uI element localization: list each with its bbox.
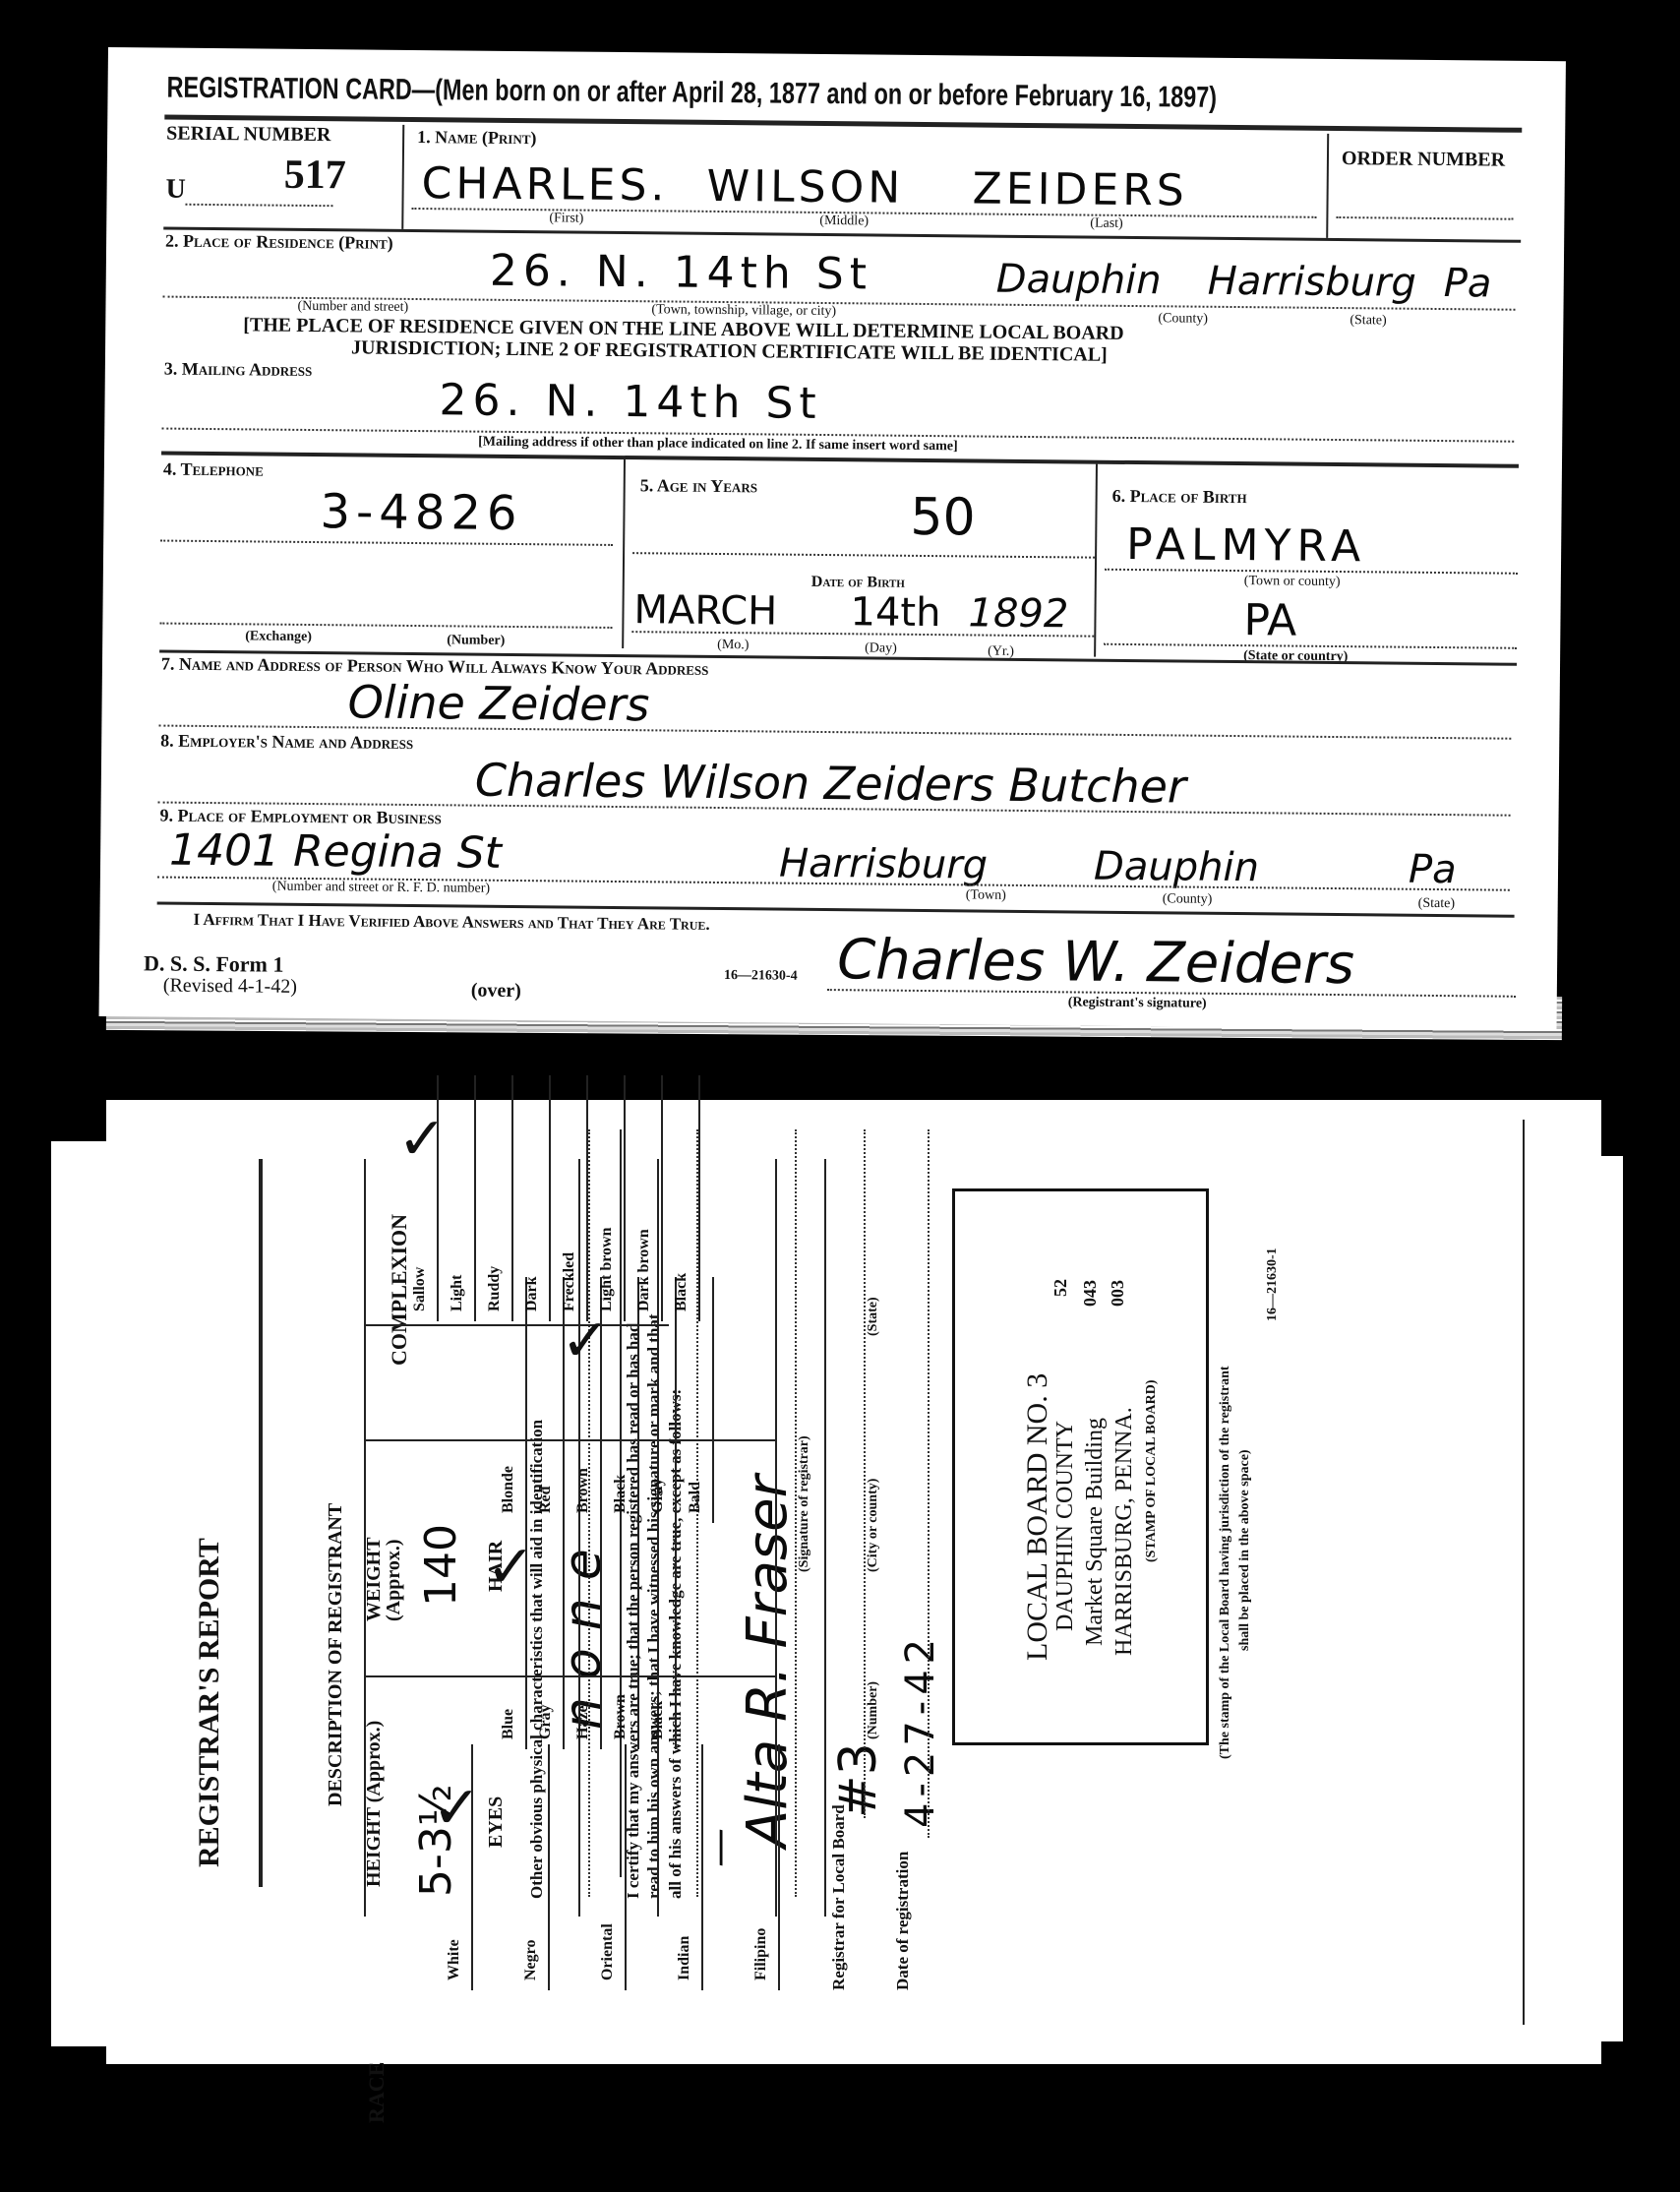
dob-day: 14th <box>850 589 940 636</box>
employment-state: Pa <box>1409 847 1457 892</box>
hair-option-red: Red <box>537 1486 555 1513</box>
name-last: ZEIDERS <box>972 163 1188 215</box>
eyes-option-black: Black <box>649 1701 667 1739</box>
race-option-indian: Indian <box>676 1936 693 1980</box>
telephone-label: 4. Telephone <box>163 459 264 481</box>
name-middle: WILSON <box>706 161 904 213</box>
sublabel-town: (Town, township, village, or city) <box>651 302 836 320</box>
dob-year: 1892 <box>968 590 1068 637</box>
birthplace-state: PA <box>1243 595 1296 646</box>
eyes-option-gray: Gray <box>537 1704 555 1739</box>
sublabel-board-state: (State) <box>866 1297 881 1336</box>
underlying-card-edge <box>51 1141 110 2046</box>
registration-card-front: REGISTRATION CARD—(Men born on or after … <box>99 47 1566 1030</box>
local-board-stamp <box>952 1188 1209 1745</box>
name-first: CHARLES. <box>421 158 668 211</box>
stamp-line-4: HARRISBURG, PENNA. <box>1111 1407 1138 1656</box>
registrant-signature: Charles W. Zeiders <box>837 928 1355 997</box>
hair-option-brown: Brown <box>574 1468 592 1513</box>
eyes-option-brown: Brown <box>612 1694 630 1739</box>
employment-town: Harrisburg <box>779 841 988 888</box>
signature-label: (Registrant's signature) <box>1068 995 1207 1011</box>
complexion-option-light-brown: Light brown <box>598 1227 616 1311</box>
title-rule <box>164 115 1522 133</box>
date-registration-value: 4-27-42 <box>898 1633 943 1828</box>
stamp-code-3: 003 <box>1108 1280 1128 1307</box>
eyes-checkmark-icon: ✓ <box>486 1533 535 1602</box>
order-number-label: ORDER NUMBER <box>1342 148 1505 172</box>
stamp-line-2: DAUPHIN COUNTY <box>1052 1421 1079 1631</box>
stamp-line-3: Market Square Building <box>1082 1418 1109 1646</box>
mailing-label: 3. Mailing Address <box>164 359 313 381</box>
certify-line-2: read to him his own answers; that I have… <box>644 1313 664 1899</box>
sublabel-birth-town: (Town or county) <box>1244 574 1341 590</box>
complexion-option-sallow: Sallow <box>411 1267 429 1311</box>
sublabel-state: (State) <box>1350 313 1386 329</box>
sublabel-number: (Number) <box>447 633 505 649</box>
sublabel-board-number: (Number) <box>866 1681 881 1739</box>
serial-prefix: U <box>165 174 186 206</box>
age-label: 5. Age in Years <box>640 475 757 497</box>
registrar-signature-label: (Signature of registrar) <box>797 1435 812 1572</box>
sublabel-board-city: (City or county) <box>866 1479 881 1572</box>
complexion-option-black: Black <box>673 1273 690 1311</box>
front-print-code: 16—21630-4 <box>724 968 798 985</box>
stamp-note-1: (The stamp of the Local Board having jur… <box>1218 1366 1233 1759</box>
age-value: 50 <box>910 488 976 548</box>
back-print-code: 16—21630-1 <box>1265 1248 1281 1321</box>
height-header: HEIGHT (Approx.) <box>364 1690 384 1887</box>
employment-street: 1401 Regina St <box>169 825 502 879</box>
sublabel-street: (Number and street) <box>297 299 408 316</box>
employer-label: 8. Employer's Name and Address <box>160 731 413 754</box>
serial-number-value: 517 <box>284 152 346 200</box>
race-option-filipino: Filipino <box>752 1928 770 1980</box>
race-header: RACE <box>364 2062 390 2123</box>
sublabel-middle: (Middle) <box>819 213 869 229</box>
complexion-option-freckled: Freckled <box>561 1252 578 1311</box>
hair-option-black: Black <box>612 1475 630 1513</box>
mailing-note: [Mailing address if other than place ind… <box>478 435 958 456</box>
registrar-signature: Alta R. Fraser <box>736 1475 800 1848</box>
sublabel-month: (Mo.) <box>717 638 749 653</box>
race-option-oriental: Oriental <box>599 1923 617 1980</box>
report-subtitle: DESCRIPTION OF REGISTRANT <box>325 1503 347 1806</box>
registrar-board-label: Registrar for Local Board <box>829 1804 849 1990</box>
sublabel-first: (First) <box>549 211 583 226</box>
residence-state: Pa <box>1444 261 1492 306</box>
complexion-checkmark-icon: ✓ <box>397 1105 447 1174</box>
race-option-negro: Negro <box>522 1940 540 1980</box>
registrars-report-back: REGISTRAR'S REPORT DESCRIPTION OF REGIST… <box>106 1100 1601 2064</box>
hair-option-gray: Gray <box>649 1478 667 1513</box>
complexion-option-light: Light <box>449 1275 466 1311</box>
hair-option-bald: Bald <box>687 1482 704 1513</box>
sublabel-emp-street: (Number and street or R. F. D. number) <box>272 880 490 897</box>
sublabel-emp-county: (County) <box>1163 891 1213 907</box>
complexion-option-dark-brown: Dark brown <box>635 1229 653 1311</box>
stamp-code-1: 52 <box>1050 1279 1071 1297</box>
eyes-option-blue: Blue <box>500 1709 517 1739</box>
eyes-option-hazel: Hazel <box>574 1701 592 1739</box>
report-title: REGISTRAR'S REPORT <box>193 1538 226 1867</box>
stamp-line-1: LOCAL BOARD NO. 3 <box>1021 1373 1054 1661</box>
residence-town: Harrisburg <box>1208 259 1416 306</box>
telephone-value: 3-4826 <box>320 484 523 541</box>
residence-label: 2. Place of Residence (Print) <box>165 231 393 254</box>
weight-value: 140 <box>416 1524 466 1607</box>
contact-value: Oline Zeiders <box>347 675 649 731</box>
sublabel-last: (Last) <box>1090 216 1123 232</box>
complexion-header: COMPLEXION <box>387 1214 412 1366</box>
dob-month: MARCH <box>633 587 777 634</box>
eyes-header: EYES <box>485 1796 508 1848</box>
stamp-note-2: shall be placed in the above space) <box>1237 1449 1253 1651</box>
residence-county: Dauphin <box>996 257 1162 304</box>
name-label: 1. Name (Print) <box>417 127 537 149</box>
serial-number-label: SERIAL NUMBER <box>166 123 330 148</box>
stamp-line-5: (STAMP OF LOCAL BOARD) <box>1144 1379 1160 1562</box>
complexion-option-ruddy: Ruddy <box>486 1266 504 1311</box>
card-title: REGISTRATION CARD—(Men born on or after … <box>166 72 1217 115</box>
race-option-white: White <box>446 1939 463 1980</box>
residence-street: 26. N. 14th St <box>490 246 873 300</box>
sublabel-exchange: (Exchange) <box>245 629 312 645</box>
weight-header: WEIGHT (Approx.) <box>364 1474 403 1621</box>
race-checkmark-icon: ✓ <box>432 1774 481 1843</box>
birthplace-town: PALMYRA <box>1126 519 1367 572</box>
stamp-code-2: 043 <box>1080 1280 1101 1307</box>
sublabel-emp-town: (Town) <box>966 887 1006 903</box>
affirm-text: I Affirm That I Have Verified Above Answ… <box>193 910 709 935</box>
birthplace-label: 6. Place of Birth <box>1112 486 1247 508</box>
employment-county: Dauphin <box>1094 844 1259 891</box>
mailing-value: 26. N. 14th St <box>439 375 822 429</box>
employer-value: Charles Wilson Zeiders Butcher <box>475 754 1186 814</box>
order-number-field <box>1336 216 1513 220</box>
registrar-board-value: #3 <box>829 1742 888 1818</box>
form-revised: (Revised 4-1-42) <box>163 975 297 999</box>
sublabel-emp-state: (State) <box>1418 896 1455 912</box>
complexion-option-dark: Dark <box>523 1276 541 1311</box>
sublabel-day: (Day) <box>865 640 897 656</box>
date-registration-label: Date of registration <box>893 1852 913 1990</box>
hair-option-blonde: Blonde <box>500 1466 517 1513</box>
over-note: (over) <box>471 980 521 1003</box>
sublabel-county: (County) <box>1158 311 1208 327</box>
